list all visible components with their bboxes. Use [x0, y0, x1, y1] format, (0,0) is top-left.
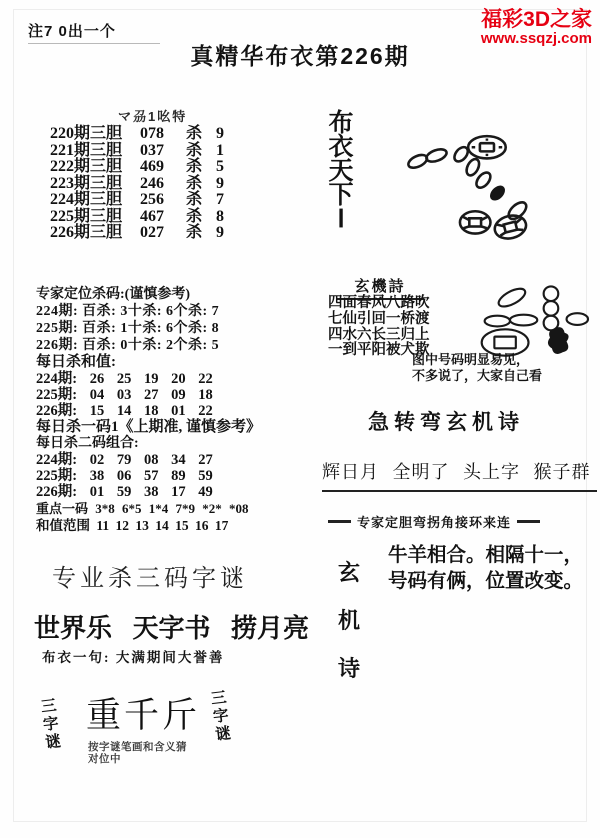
buyi-sentence: 布衣一句: 大满期间大誉善	[42, 646, 224, 666]
buyi-tianxia-vertical-title: 布 衣 天 下 Ⅰ	[326, 112, 356, 232]
dan-row: 222期三胆 469 杀 5	[50, 159, 232, 176]
sum-kill-row: 225期: 04 03 27 09 18	[36, 387, 314, 403]
drawing-caption: 图中号码明显易见， 不多说了，大家自己看	[412, 352, 542, 384]
poem-line: 四面春风八路吹	[328, 296, 430, 312]
one-code-kill-note: 每日杀一码1《上期准, 谨慎参考》	[36, 419, 314, 436]
two-code-kill-title: 每日杀二码组合:	[36, 436, 314, 452]
position-kill-title: 专家定位杀码:(谨慎参考)	[36, 286, 314, 303]
vtitle-char: 衣	[326, 136, 356, 160]
dan-row: 226期三胆 027 杀 9	[50, 225, 232, 242]
dan-period: 221期三胆	[50, 143, 140, 160]
riddle-answer-big-text: 重千斤	[86, 688, 200, 738]
site-logo-url: www.ssqzj.com	[481, 31, 592, 48]
two-code-kill-row: 226期: 01 59 38 17 49	[36, 484, 314, 500]
divider-bar-right	[517, 520, 540, 523]
kill-label: 杀	[186, 143, 216, 160]
dan-row: 223期三胆 246 杀 9	[50, 176, 232, 193]
kill-three-code-riddle-title: 专业杀三码字谜	[52, 558, 248, 593]
mystery-line1: 牛羊相合。相隔十一，	[388, 543, 583, 569]
position-kill-row: 224期: 百杀: 3十杀: 6个杀: 7	[36, 303, 314, 320]
xuanji-vert-char: 机	[336, 604, 362, 635]
poem-line: 七仙引回一桥渡	[328, 312, 430, 328]
site-logo-name: 福彩3D之家	[481, 8, 592, 31]
kill-number: 8	[216, 209, 232, 226]
sum-kill-row: 224期: 26 25 19 20 22	[36, 371, 314, 387]
dan-code: 037	[140, 143, 186, 160]
dan-code: 027	[140, 225, 186, 242]
dan-code: 246	[140, 176, 186, 193]
dan-period: 224期三胆	[50, 192, 140, 209]
sharp-turn-poem-line: 辉日月 全明了 头上字 猴子群	[322, 458, 597, 492]
kill-number: 7	[216, 192, 232, 209]
riddle-words-line: 世界乐 天字书 捞月亮	[34, 608, 309, 645]
vtitle-char: Ⅰ	[326, 208, 356, 232]
dan-period: 223期三胆	[50, 176, 140, 193]
kill-label: 杀	[186, 159, 216, 176]
kill-label: 杀	[186, 225, 216, 242]
sum-kill-title: 每日杀和值:	[36, 354, 314, 371]
drawing-caption-line2: 不多说了，大家自己看	[412, 368, 542, 384]
sum-kill-row: 226期: 15 14 18 01 22	[36, 403, 314, 419]
dan-code: 467	[140, 209, 186, 226]
riddle-answer-note: 按字谜笔画和含义猜 对位中	[88, 742, 187, 765]
riddle-answer-note-line1: 按字谜笔画和含义猜	[88, 742, 187, 754]
divider-bar-left	[328, 520, 351, 523]
dan-row: 220期三胆 078 杀 9	[50, 126, 232, 143]
kill-label: 杀	[186, 192, 216, 209]
two-code-kill-row: 224期: 02 79 08 34 27	[36, 452, 314, 468]
vtitle-char: 布	[326, 112, 356, 136]
xuanji-poem: 四面春风八路吹 七仙引回一桥渡 四水六长三归上 一到平阳被犬欺	[328, 296, 430, 359]
kill-label: 杀	[186, 209, 216, 226]
dan-row: 225期三胆 467 杀 8	[50, 209, 232, 226]
vtitle-char: 天	[326, 160, 356, 184]
dan-row: 221期三胆 037 杀 1	[50, 143, 232, 160]
two-code-kill-row: 225期: 38 06 57 89 59	[36, 468, 314, 484]
site-logo: 福彩3D之家 www.ssqzj.com	[481, 8, 592, 48]
expert-dan-divider: 专家定胆弯拐角接环来连	[328, 512, 554, 531]
kill-number: 9	[216, 225, 232, 242]
sharp-turn-poem-title: 急转弯玄机诗	[330, 406, 562, 436]
kill-number: 1	[216, 143, 232, 160]
coins-cross-drawing	[468, 282, 590, 362]
scanned-lottery-chart: 注7 0出一个 真精华布衣第226期 福彩3D之家 www.ssqzj.com …	[0, 0, 600, 838]
dan-row: 224期三胆 256 杀 7	[50, 192, 232, 209]
xuanji-vert-char: 玄	[336, 556, 362, 587]
coin-chain-drawing	[403, 132, 538, 240]
kill-label: 杀	[186, 176, 216, 193]
kill-number: 9	[216, 176, 232, 193]
drawing-caption-line1: 图中号码明显易见，	[412, 352, 542, 368]
sum-range-line: 和值范围 11 12 13 14 15 16 17	[36, 517, 314, 534]
dan-period: 222期三胆	[50, 159, 140, 176]
kill-number: 5	[216, 159, 232, 176]
dan-period: 226期三胆	[50, 225, 140, 242]
mystery-line2: 号码有俩，位置改变。	[388, 569, 583, 595]
dan-code: 469	[140, 159, 186, 176]
dan-code: 256	[140, 192, 186, 209]
kill-label: 杀	[186, 126, 216, 143]
position-kill-row: 226期: 百杀: 0十杀: 2个杀: 5	[36, 337, 314, 354]
xuanji-vert-char: 诗	[336, 652, 362, 683]
xuanji-vertical-label: 玄 机 诗	[336, 556, 362, 683]
dan-period: 220期三胆	[50, 126, 140, 143]
position-kill-row: 225期: 百杀: 1十杀: 6个杀: 8	[36, 320, 314, 337]
mystery-hint-text: 牛羊相合。相隔十一， 号码有俩，位置改变。	[388, 543, 583, 595]
expert-stats-block: 专家定位杀码:(谨慎参考) 224期: 百杀: 3十杀: 6个杀: 7 225期…	[36, 286, 314, 534]
riddle-answer-note-line2: 对位中	[88, 754, 187, 766]
divider-text: 专家定胆弯拐角接环来连	[357, 512, 511, 531]
dan-list-header: マ刕1吆特	[118, 106, 187, 125]
kill-number: 9	[216, 126, 232, 143]
dan-code: 078	[140, 126, 186, 143]
key-one-code-line: 重点一码 3*8 6*5 1*4 7*9 *2* *08	[36, 500, 314, 517]
dan-period: 225期三胆	[50, 209, 140, 226]
dan-history-list: 220期三胆 078 杀 9 221期三胆 037 杀 1 222期三胆 469…	[50, 126, 232, 242]
vtitle-char: 下	[326, 184, 356, 208]
